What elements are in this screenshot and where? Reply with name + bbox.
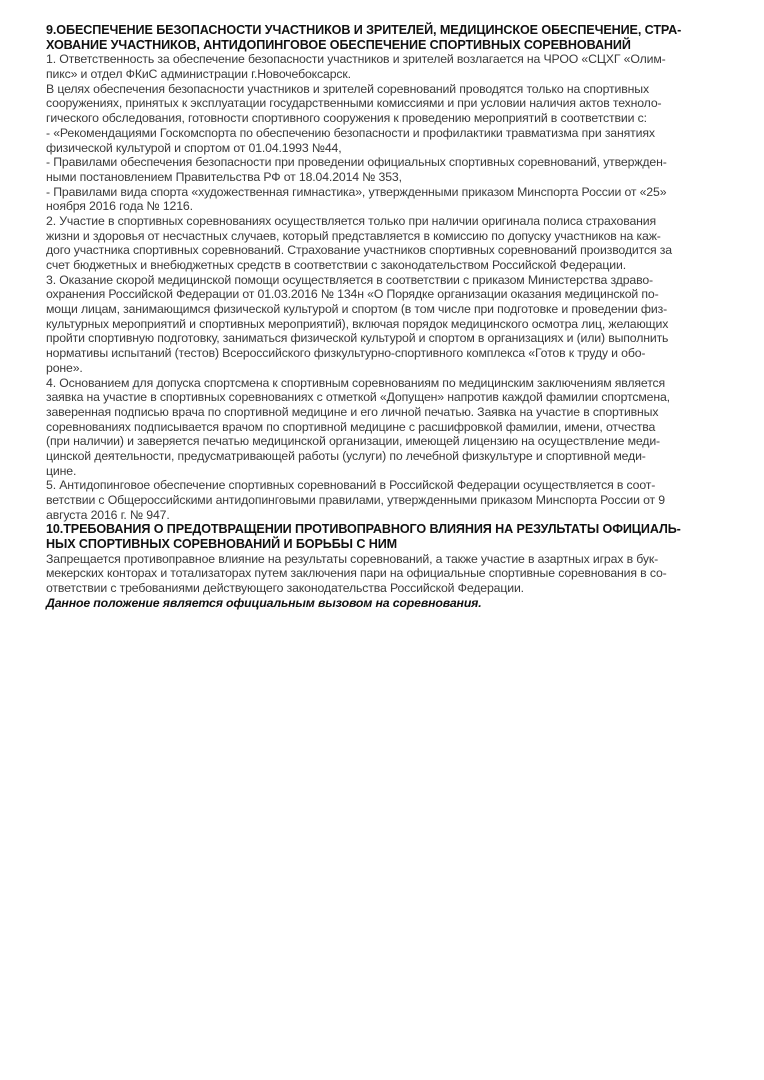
section-9-item-4: 4. Основанием для допуска спортсмена к с… bbox=[46, 376, 722, 479]
text-line: - «Рекомендациями Госкомспорта по обеспе… bbox=[46, 126, 722, 141]
heading-line: НЫХ СПОРТИВНЫХ СОРЕВНОВАНИЙ И БОРЬБЫ С Н… bbox=[46, 537, 722, 552]
heading-line: 10.ТРЕБОВАНИЯ О ПРЕДОТВРАЩЕНИИ ПРОТИВОПР… bbox=[46, 522, 722, 537]
regulation-bullet-2: - Правилами обеспечения безопасности при… bbox=[46, 155, 722, 184]
text-line: счет бюджетных и внебюджетных средств в … bbox=[46, 258, 722, 273]
section-9-item-2: 2. Участие в спортивных соревнованиях ос… bbox=[46, 214, 722, 273]
section-10-heading: 10.ТРЕБОВАНИЯ О ПРЕДОТВРАЩЕНИИ ПРОТИВОПР… bbox=[46, 522, 722, 551]
text-line: ноября 2016 года № 1216. bbox=[46, 199, 722, 214]
text-line: Запрещается противоправное влияние на ре… bbox=[46, 552, 722, 567]
text-line: цинской деятельности, предусматривающей … bbox=[46, 449, 722, 464]
safety-intro-paragraph: В целях обеспечения безопасности участни… bbox=[46, 82, 722, 126]
text-line: гического обследования, готовности спорт… bbox=[46, 111, 722, 126]
section-9-heading: 9.ОБЕСПЕЧЕНИЕ БЕЗОПАСНОСТИ УЧАСТНИКОВ И … bbox=[46, 23, 722, 52]
regulation-bullet-3: - Правилами вида спорта «художественная … bbox=[46, 185, 722, 214]
text-line: ветствии с Общероссийскими антидопинговы… bbox=[46, 493, 722, 508]
closing-note-text: Данное положение является официальным вы… bbox=[46, 596, 722, 611]
section-10-paragraph: Запрещается противоправное влияние на ре… bbox=[46, 552, 722, 596]
section-9-item-1: 1. Ответственность за обеспечение безопа… bbox=[46, 52, 722, 81]
text-line: 3. Оказание скорой медицинской помощи ос… bbox=[46, 273, 722, 288]
text-line: заявка на участие в спортивных соревнова… bbox=[46, 390, 722, 405]
text-line: пикс» и отдел ФКиС администрации г.Новоч… bbox=[46, 67, 722, 82]
heading-line: 9.ОБЕСПЕЧЕНИЕ БЕЗОПАСНОСТИ УЧАСТНИКОВ И … bbox=[46, 23, 722, 38]
text-line: охранения Российской Федерации от 01.03.… bbox=[46, 287, 722, 302]
section-9-item-3: 3. Оказание скорой медицинской помощи ос… bbox=[46, 273, 722, 376]
text-line: (при наличии) и заверяется печатью медиц… bbox=[46, 434, 722, 449]
text-line: августа 2016 г. № 947. bbox=[46, 508, 722, 523]
text-line: цине. bbox=[46, 464, 722, 479]
text-line: ными постановлением Правительства РФ от … bbox=[46, 170, 722, 185]
text-line: - Правилами обеспечения безопасности при… bbox=[46, 155, 722, 170]
text-line: соревнованиях подписывается врачом по сп… bbox=[46, 420, 722, 435]
section-9-item-5: 5. Антидопинговое обеспечение спортивных… bbox=[46, 478, 722, 522]
text-line: заверенная подписью врача по спортивной … bbox=[46, 405, 722, 420]
text-line: роне». bbox=[46, 361, 722, 376]
text-line: физической культурой и спортом от 01.04.… bbox=[46, 141, 722, 156]
text-line: ответствии с требованиями действующего з… bbox=[46, 581, 722, 596]
text-line: - Правилами вида спорта «художественная … bbox=[46, 185, 722, 200]
heading-line: ХОВАНИЕ УЧАСТНИКОВ, АНТИДОПИНГОВОЕ ОБЕСП… bbox=[46, 38, 722, 53]
closing-note: Данное положение является официальным вы… bbox=[46, 596, 722, 611]
regulation-bullet-1: - «Рекомендациями Госкомспорта по обеспе… bbox=[46, 126, 722, 155]
text-line: мощи лицам, занимающимся физической куль… bbox=[46, 302, 722, 317]
text-line: пройти спортивную подготовку, заниматься… bbox=[46, 331, 722, 346]
text-line: 4. Основанием для допуска спортсмена к с… bbox=[46, 376, 722, 391]
text-line: сооружениях, принятых к эксплуатации гос… bbox=[46, 96, 722, 111]
text-line: мекерских конторах и тотализаторах путем… bbox=[46, 566, 722, 581]
document-page: 9.ОБЕСПЕЧЕНИЕ БЕЗОПАСНОСТИ УЧАСТНИКОВ И … bbox=[46, 23, 722, 611]
text-line: нормативы испытаний (тестов) Всероссийск… bbox=[46, 346, 722, 361]
text-line: жизни и здоровья от несчастных случаев, … bbox=[46, 229, 722, 244]
text-line: В целях обеспечения безопасности участни… bbox=[46, 82, 722, 97]
text-line: 2. Участие в спортивных соревнованиях ос… bbox=[46, 214, 722, 229]
text-line: 5. Антидопинговое обеспечение спортивных… bbox=[46, 478, 722, 493]
text-line: 1. Ответственность за обеспечение безопа… bbox=[46, 52, 722, 67]
text-line: культурных мероприятий и спортивных меро… bbox=[46, 317, 722, 332]
text-line: дого участника спортивных соревнований. … bbox=[46, 243, 722, 258]
